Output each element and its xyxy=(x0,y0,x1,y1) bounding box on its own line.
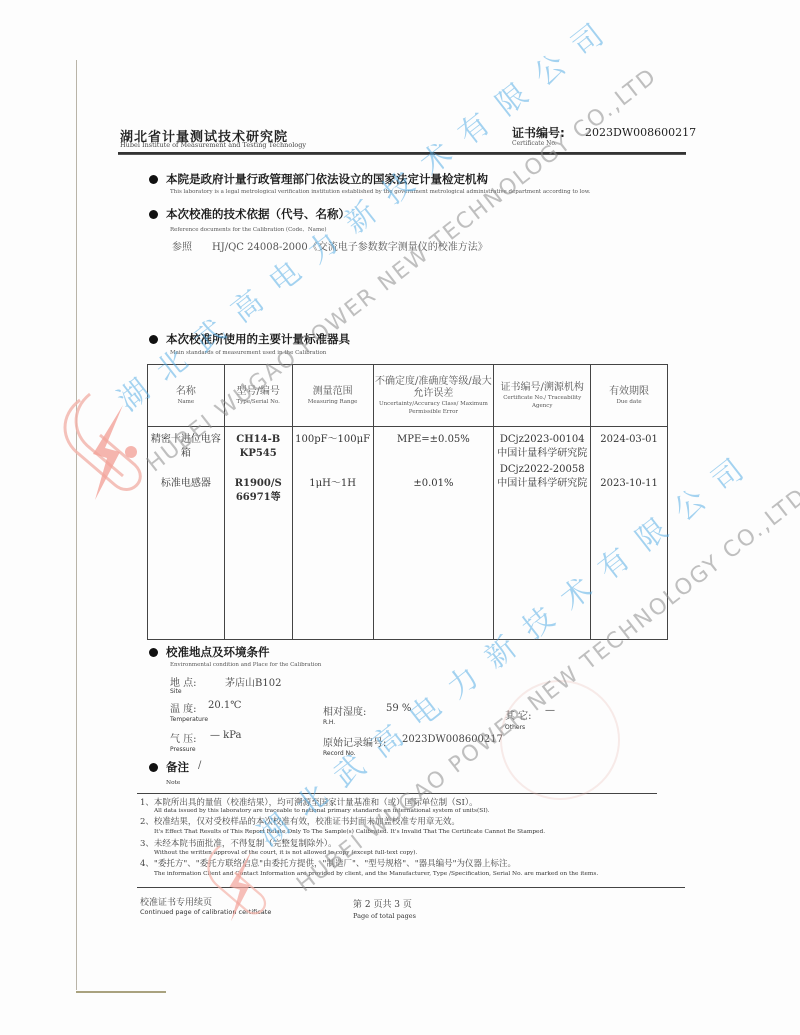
footer-continued-page: 校准证书专用续页 xyxy=(140,895,212,908)
certificate-label-en: Certificate No. xyxy=(512,140,557,147)
temperature-label: 温 度: xyxy=(170,700,197,715)
table-header-row: 名称Name 型号/编号Type/Serial No. 测量范围Measurin… xyxy=(148,365,668,427)
certificate-number: 2023DW008600217 xyxy=(585,126,696,139)
rh-value: 59 % xyxy=(386,703,411,714)
standards-table: 名称Name 型号/编号Type/Serial No. 测量范围Measurin… xyxy=(147,364,668,640)
cell-name: 精密十进位电容箱 标准电感器 xyxy=(148,427,225,640)
section-notes-title: 备注 xyxy=(166,759,189,775)
bullet-icon xyxy=(149,648,158,657)
header-rule xyxy=(118,152,686,155)
note-1: 1、本院所出具的量值（校准结果），均可溯源至国家计量基准和（或）国际单位制（SI… xyxy=(140,796,478,808)
cell-range: 100pF～100μF 1μH～1H xyxy=(292,427,373,640)
notes-bottom-rule xyxy=(137,887,685,888)
reference-document: HJ/QC 24008-2000《交流电子参数数字测量仪的校准方法》 xyxy=(212,238,488,253)
bullet-icon xyxy=(149,763,158,772)
column-header-certificate: 证书编号/溯源机构Certificate No./ Traceability A… xyxy=(494,365,591,427)
column-header-due-date: 有效期限Due date xyxy=(591,365,668,427)
section-standards-subtitle: Main standards of measurement used in th… xyxy=(170,350,326,356)
page-edge-line xyxy=(76,60,77,990)
certificate-label: 证书编号: xyxy=(512,124,565,141)
note-1-en: All data issued by this laboratory are t… xyxy=(154,808,490,814)
column-header-range: 测量范围Measuring Range xyxy=(292,365,373,427)
cell-type-serial: CH14-B KP545 R1900/S 66971等 xyxy=(224,427,292,640)
others-value: — xyxy=(545,705,555,716)
calibration-certificate-page: 湖北省计量测试技术研究院 Hubei Institute of Measurem… xyxy=(0,0,800,1035)
temperature-value: 20.1℃ xyxy=(208,700,241,711)
cell-certificate: DCjz2023-00104 中国计量科学研究院 DCjz2022-20058 … xyxy=(494,427,591,640)
table-row: 精密十进位电容箱 标准电感器 CH14-B KP545 R1900/S 6697… xyxy=(148,427,668,640)
site-label-en: Site xyxy=(170,688,182,695)
section-authority-subtitle: This laboratory is a legal metrological … xyxy=(170,189,591,195)
note-3: 3、未经本院书面批准，不得复制（完整复制除外）。 xyxy=(140,837,337,849)
site-value: 茅店山B102 xyxy=(225,674,281,689)
temperature-label-en: Temperature xyxy=(170,716,208,723)
record-label: 原始记录编号: xyxy=(323,734,386,749)
footer-continued-page-en: Continued page of calibration certificat… xyxy=(140,908,271,916)
pressure-value: — kPa xyxy=(210,730,241,741)
notes-rule xyxy=(137,793,657,794)
note-4: 4、"委托方"、"委托方联络信息"由委托方提供，"制造厂"、"型号规格"、"器具… xyxy=(140,857,516,869)
section-environment-subtitle: Environmental condition and Place for th… xyxy=(170,662,321,668)
section-reference-subtitle: Reference documents for the Calibration … xyxy=(170,225,327,233)
section-authority-title: 本院是政府计量行政管理部门依法设立的国家法定计量检定机构 xyxy=(166,171,488,187)
bullet-icon xyxy=(149,175,158,184)
pressure-label-en: Pressure xyxy=(170,746,196,753)
note-2-en: It's Effect That Results of This Report … xyxy=(154,829,545,835)
others-label-en: Others xyxy=(505,724,525,731)
page-edge-line xyxy=(76,991,166,993)
institute-name-en: Hubei Institute of Measurement and Testi… xyxy=(120,141,306,149)
column-header-uncertainty: 不确定度/准确度等级/最大允许误差Uncertainty/Accuracy Cl… xyxy=(373,365,494,427)
company-logo-icon xyxy=(35,380,155,510)
section-reference-title: 本次校准的技术依据（代号、名称） xyxy=(166,206,350,222)
rh-label-en: R.H. xyxy=(323,719,335,726)
bullet-icon xyxy=(149,210,158,219)
cell-due-date: 2024-03-01 2023-10-11 xyxy=(591,427,668,640)
section-environment-title: 校准地点及环境条件 xyxy=(166,644,270,660)
page-number-en: Page of total pages xyxy=(353,912,416,920)
rh-label: 相对湿度: xyxy=(323,703,366,718)
pressure-label: 气 压: xyxy=(170,730,197,745)
note-2: 2、校准结果，仅对受校样品的本次校准有效，校准证书封面未加盖校准专用章无效。 xyxy=(140,815,460,827)
section-notes-subtitle: Note xyxy=(166,780,180,786)
record-label-en: Record No. xyxy=(323,750,356,757)
cell-uncertainty: MPE=±0.05% ±0.01% xyxy=(373,427,494,640)
note-3-en: Without the written approval of the cour… xyxy=(154,850,417,856)
record-value: 2023DW008600217 xyxy=(402,734,503,745)
page-number: 第 2 页共 3 页 xyxy=(353,897,412,910)
faint-stamp xyxy=(500,680,620,800)
reference-prefix: 参照 xyxy=(172,238,192,253)
others-label: 其 它: xyxy=(505,707,532,722)
site-label: 地 点: xyxy=(170,674,197,689)
section-standards-title: 本次校准所使用的主要计量标准器具 xyxy=(166,331,350,347)
notes-value: / xyxy=(198,760,201,771)
note-4-en: The information Client and Contact Infor… xyxy=(154,870,654,878)
column-header-name: 名称Name xyxy=(148,365,225,427)
bullet-icon xyxy=(149,335,158,344)
column-header-type: 型号/编号Type/Serial No. xyxy=(224,365,292,427)
